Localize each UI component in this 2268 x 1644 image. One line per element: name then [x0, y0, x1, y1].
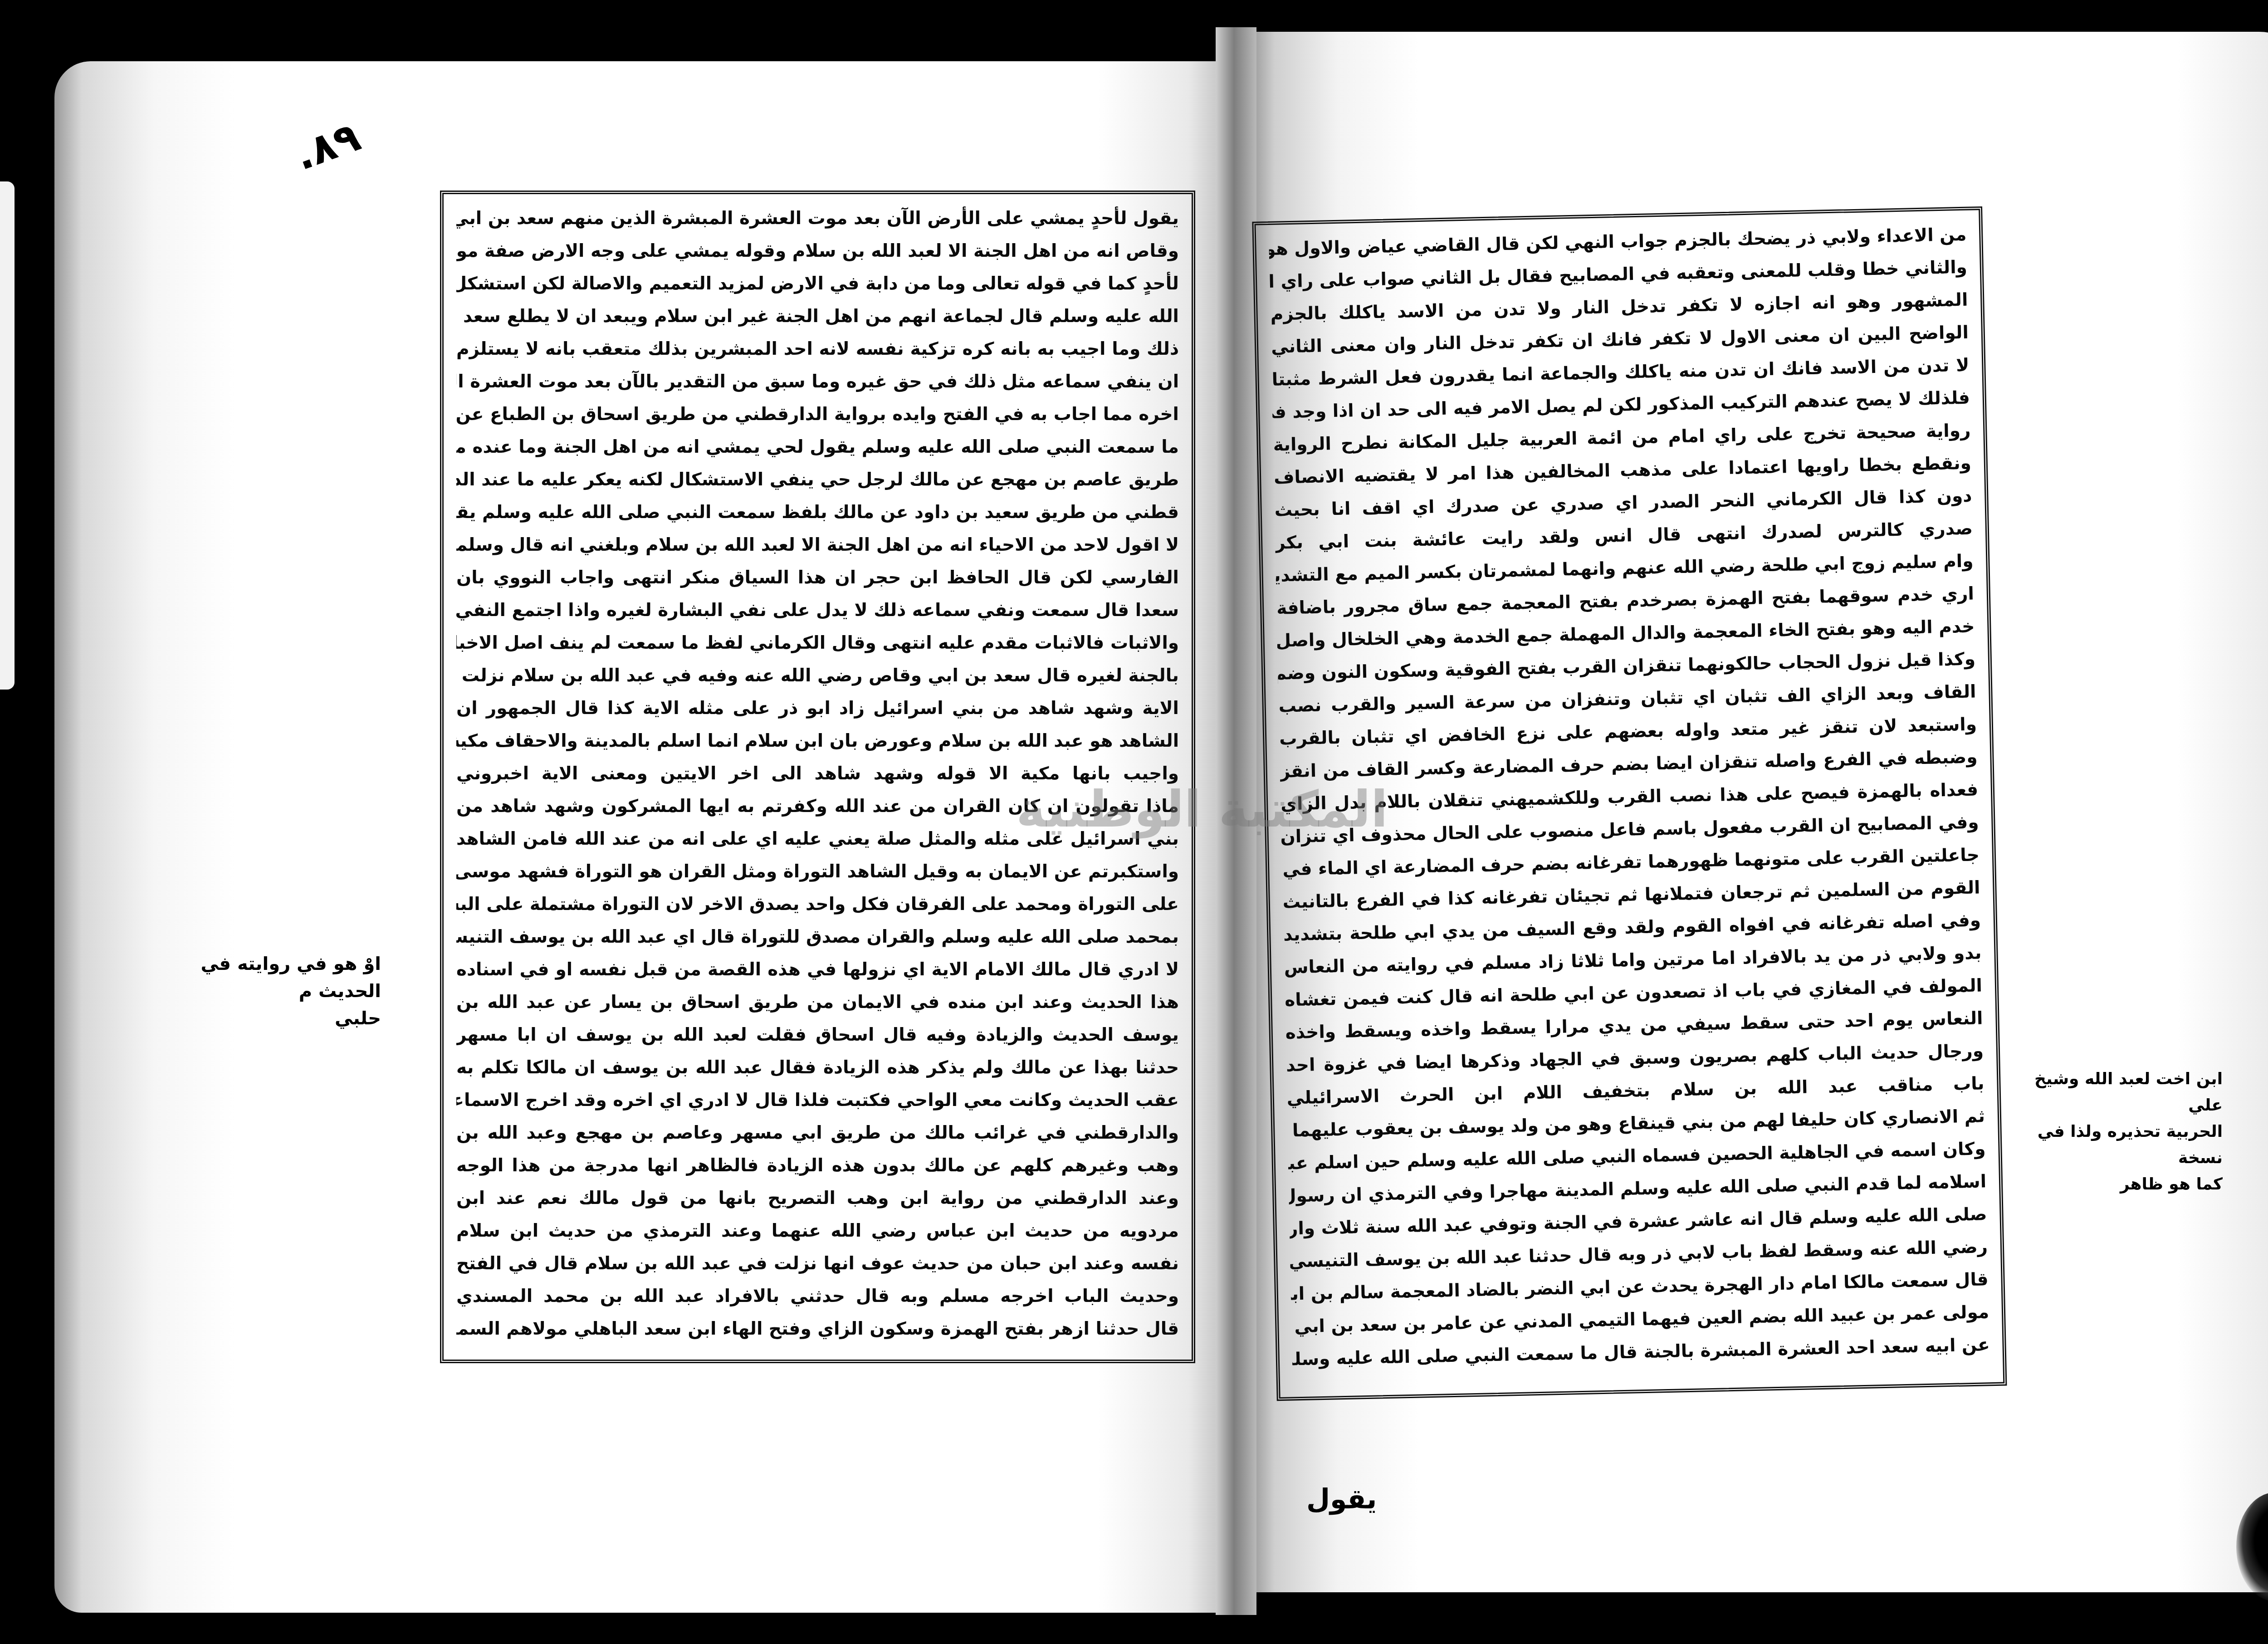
- text-line: بمحمد صلى الله عليه وسلم والقران مصدق لل…: [456, 921, 1179, 954]
- text-line: الله عليه وسلم قال لجماعة انهم من اهل ال…: [456, 300, 1179, 333]
- text-line: بالجنة لغيره قال سعد بن ابي وقاص رضي الل…: [456, 660, 1179, 692]
- text-line: الفارسي لكن قال الحافظ ابن حجر ان هذا ال…: [456, 562, 1179, 594]
- text-line: قال حدثنا ازهر بفتح الهمزة وسكون الزاي و…: [456, 1313, 1179, 1346]
- text-line: الاية وشهد شاهد من بني اسرائيل زاد ابو ذ…: [456, 692, 1179, 725]
- text-line: يوسف الحديث والزيادة وفيه قال اسحاق فقلت…: [456, 1019, 1179, 1052]
- book-spread-scan: ٨٩. يقول لأحدٍ يمشي على الأرض الآن بعد م…: [0, 0, 2268, 1644]
- text-line: والدارقطني في غرائب مالك من طريق ابي مسه…: [456, 1117, 1179, 1150]
- library-watermark: المكتبة الوطنية: [1016, 780, 1388, 838]
- margin-note-line: حلبي: [168, 1005, 381, 1032]
- text-line: ما سمعت النبي صلى الله عليه وسلم يقول لح…: [456, 431, 1179, 464]
- text-line: ذلك وما اجيب به بانه كره تزكية نفسه لانه…: [456, 333, 1179, 366]
- margin-note-line: كما هو ظاهر: [2005, 1171, 2223, 1198]
- text-line: عقب الحديث وكانت معي الواحي فكتبت فلذا ق…: [456, 1084, 1179, 1117]
- text-line: واستكبرتم عن الايمان به وقيل الشاهد التو…: [456, 856, 1179, 888]
- text-line: وعند الدارقطني من رواية ابن وهب التصريح …: [456, 1182, 1179, 1215]
- text-line: وحديث الباب اخرجه مسلم وبه قال حدثني بال…: [456, 1280, 1179, 1313]
- text-line: اخره مما اجاب به في الفتح وايده برواية ا…: [456, 398, 1179, 431]
- text-line: قطني من طريق سعيد بن داود عن مالك بلفظ س…: [456, 496, 1179, 529]
- text-line: والاثبات فالاثبات مقدم عليه انتهى وقال ا…: [456, 627, 1179, 660]
- left-page-text-block: يقول لأحدٍ يمشي على الأرض الآن بعد موت ا…: [440, 191, 1195, 1363]
- text-line: على التوراة ومحمد على الفرقان فكل واحد ي…: [456, 888, 1179, 921]
- margin-note-line: اوْ هو في روايته في الحديث م: [168, 950, 381, 1005]
- text-line: الشاهد هو عبد الله بن سلام وعورض بان ابن…: [456, 725, 1179, 758]
- text-line: حدثنا بهذا عن مالك ولم يذكر هذه الزيادة …: [456, 1052, 1179, 1084]
- left-margin-note: اوْ هو في روايته في الحديث م حلبي: [168, 950, 381, 1032]
- text-line: سعدا قال سمعت ونفي سماعه ذلك لا يدل على …: [456, 594, 1179, 627]
- text-line: لا ادري قال مالك الامام الاية اي نزولها …: [456, 954, 1179, 986]
- text-line: وقاص انه من اهل الجنة الا لعبد الله بن س…: [456, 235, 1179, 268]
- text-line: وهب وغيرهم كلهم عن مالك بدون هذه الزيادة…: [456, 1150, 1179, 1182]
- text-line: لأحدٍ كما في قوله تعالى وما من دابة في ا…: [456, 268, 1179, 300]
- catchword: يقول: [1306, 1483, 1377, 1515]
- scanner-edge-tab: [0, 181, 15, 690]
- text-line: هذا الحديث وعند ابن منده في الايمان من ط…: [456, 986, 1179, 1019]
- text-line: مردويه من حديث ابن عباس رضي الله عنهما و…: [456, 1215, 1179, 1248]
- text-line: نفسه وعند ابن حبان من حديث عوف انها نزلت…: [456, 1248, 1179, 1280]
- text-line: يقول لأحدٍ يمشي على الأرض الآن بعد موت ا…: [456, 202, 1179, 235]
- text-line: لا اقول لاحد من الاحياء انه من اهل الجنة…: [456, 529, 1179, 562]
- text-line: طريق عاصم بن مهجع عن مالك لرجل حي ينفي ا…: [456, 464, 1179, 496]
- margin-note-line: الحربية تحذيره ولذا في نسخة: [2005, 1119, 2223, 1171]
- text-line: ان ينفي سماعه مثل ذلك في حق غيره وما سبق…: [456, 366, 1179, 398]
- margin-note-line: ابن اخت لعبد الله وشيخ علي: [2005, 1066, 2223, 1119]
- right-margin-note: ابن اخت لعبد الله وشيخ علي الحربية تحذير…: [2005, 1066, 2223, 1198]
